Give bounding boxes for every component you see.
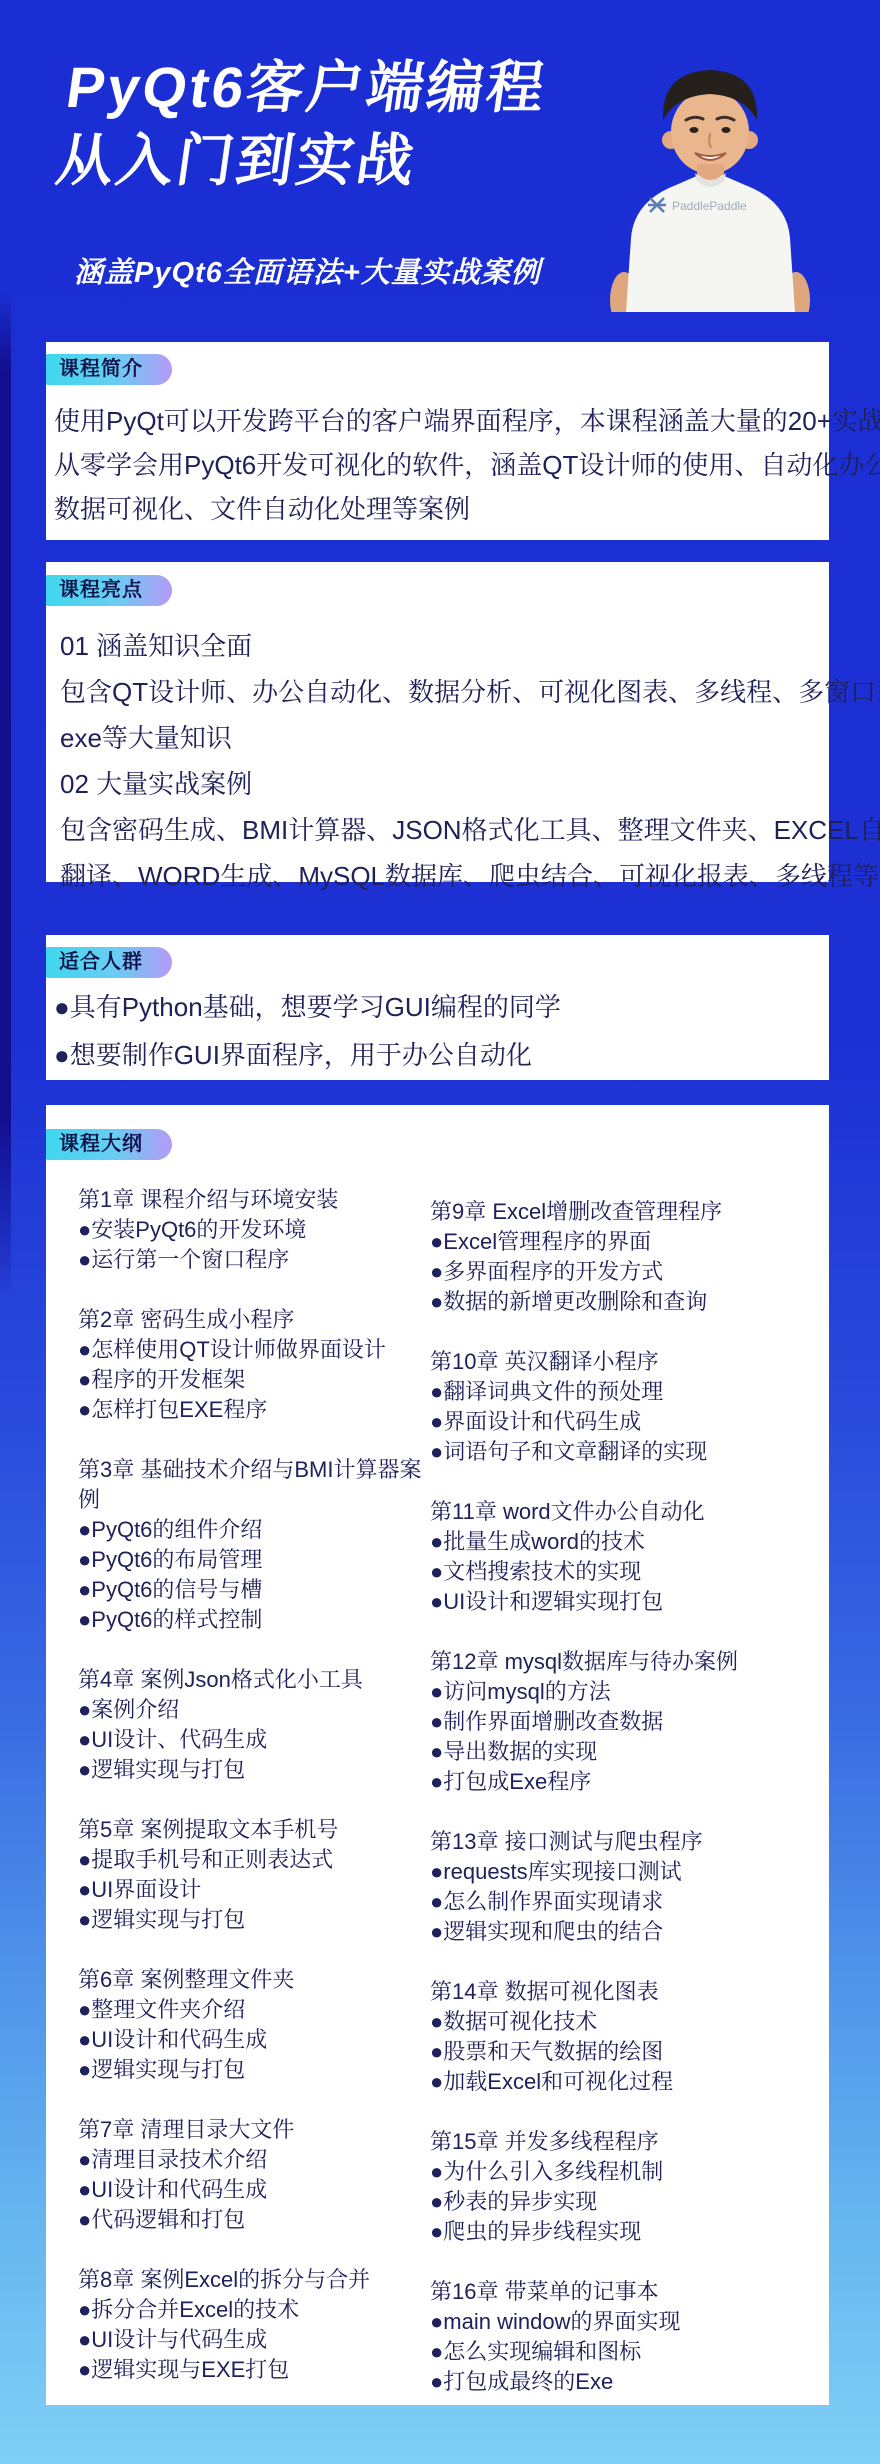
text-line: 从零学会用PyQt6开发可视化的软件，涵盖QT设计师的使用、自动化办公、数据库、 [54,443,823,487]
chapter-bullet: ●词语句子和文章翻译的实现 [430,1437,802,1467]
outline-columns: 第1章 课程介绍与环境安装●安装PyQt6的开发环境●运行第一个窗口程序第2章 … [78,1185,829,2427]
page-title-line2: 从入门到实战 [51,125,541,198]
page-title: PyQt6客户端编程 从入门到实战 [51,52,551,198]
section-card-outline: 课程大纲 第1章 课程介绍与环境安装●安装PyQt6的开发环境●运行第一个窗口程… [46,1105,829,2405]
outline-chapter: 第8章 案例Excel的拆分与合并●拆分合并Excel的技术●UI设计与代码生成… [78,2265,430,2385]
outline-chapter: 第2章 密码生成小程序●怎样使用QT设计师做界面设计●程序的开发框架●怎样打包E… [78,1305,430,1425]
section-card-intro: 课程简介 使用PyQt可以开发跨平台的客户端界面程序，本课程涵盖大量的20+实战… [46,342,829,540]
intro-text: 使用PyQt可以开发跨平台的客户端界面程序，本课程涵盖大量的20+实战案例，带你… [54,399,823,531]
chapter-bullet: ●为什么引入多线程机制 [430,2157,802,2187]
chapter-bullet: ●翻译词典文件的预处理 [430,1377,802,1407]
highlights-badge: 课程亮点 [46,575,172,606]
chapter-bullet: ●代码逻辑和打包 [78,2205,430,2235]
chapter-title: 第5章 案例提取文本手机号 [78,1815,430,1845]
chapter-bullet: ●导出数据的实现 [430,1737,802,1767]
chapter-bullet: ●打包成最终的Exe [430,2367,802,2397]
chapter-title: 第8章 案例Excel的拆分与合并 [78,2265,430,2295]
text-line: 包含密码生成、BMI计算器、JSON格式化工具、整理文件夹、EXCEL自动化、英… [60,807,823,853]
chapter-bullet: ●Excel管理程序的界面 [430,1227,802,1257]
chapter-bullet: ●requests库实现接口测试 [430,1857,802,1887]
chapter-bullet: ●怎样打包EXE程序 [78,1395,430,1425]
chapter-title: 第1章 课程介绍与环境安装 [78,1185,430,1215]
chapter-bullet: ●案例介绍 [78,1695,430,1725]
chapter-title: 第2章 密码生成小程序 [78,1305,430,1335]
chapter-bullet: ●提取手机号和正则表达式 [78,1845,430,1875]
chapter-bullet: ●UI设计和代码生成 [78,2175,430,2205]
chapter-bullet: ●数据可视化技术 [430,2007,802,2037]
chapter-title: 第15章 并发多线程程序 [430,2127,802,2157]
chapter-bullet: ●界面设计和代码生成 [430,1407,802,1437]
chapter-title: 第7章 清理目录大文件 [78,2115,430,2145]
text-line: ●想要制作GUI界面程序，用于办公自动化 [54,1031,823,1079]
chapter-bullet: ●数据的新增更改删除和查询 [430,1287,802,1317]
chapter-bullet: ●UI界面设计 [78,1875,430,1905]
chapter-title: 第4章 案例Json格式化小工具 [78,1665,430,1695]
instructor-photo: PaddlePaddle [598,60,838,312]
highlights-text: 01 涵盖知识全面包含QT设计师、办公自动化、数据分析、可视化图表、多线程、多窗… [60,623,823,899]
chapter-bullet: ●程序的开发框架 [78,1365,430,1395]
chapter-title: 第9章 Excel增删改查管理程序 [430,1197,802,1227]
chapter-bullet: ●逻辑实现和爬虫的结合 [430,1917,802,1947]
outline-left-column: 第1章 课程介绍与环境安装●安装PyQt6的开发环境●运行第一个窗口程序第2章 … [78,1185,430,2427]
chapter-title: 第11章 word文件办公自动化 [430,1497,802,1527]
chapter-bullet: ●逻辑实现与打包 [78,1905,430,1935]
chapter-bullet: ●访问mysql的方法 [430,1677,802,1707]
section-card-highlights: 课程亮点 01 涵盖知识全面包含QT设计师、办公自动化、数据分析、可视化图表、多… [46,562,829,882]
chapter-title: 第14章 数据可视化图表 [430,1977,802,2007]
text-line: exe等大量知识 [60,715,823,761]
chapter-bullet: ●PyQt6的组件介绍 [78,1515,430,1545]
chapter-bullet: ●怎么实现编辑和图标 [430,2337,802,2367]
outline-chapter: 第9章 Excel增删改查管理程序●Excel管理程序的界面●多界面程序的开发方… [430,1197,802,1317]
chapter-bullet: ●批量生成word的技术 [430,1527,802,1557]
text-line: 使用PyQt可以开发跨平台的客户端界面程序，本课程涵盖大量的20+实战案例，带你 [54,399,823,443]
chapter-bullet: ●股票和天气数据的绘图 [430,2037,802,2067]
text-line: ●具有Python基础，想要学习GUI编程的同学 [54,983,823,1031]
chapter-bullet: ●清理目录技术介绍 [78,2145,430,2175]
chapter-bullet: ●爬虫的异步线程实现 [430,2217,802,2247]
chapter-bullet: ●加载Excel和可视化过程 [430,2067,802,2097]
chapter-bullet: ●制作界面增删改查数据 [430,1707,802,1737]
chapter-bullet: ●怎么制作界面实现请求 [430,1887,802,1917]
outline-right-column: 第9章 Excel增删改查管理程序●Excel管理程序的界面●多界面程序的开发方… [430,1197,802,2427]
chapter-bullet: ●打包成Exe程序 [430,1767,802,1797]
outline-badge: 课程大纲 [46,1129,172,1160]
chapter-title: 第3章 基础技术介绍与BMI计算器案例 [78,1455,430,1515]
text-line: 数据可视化、文件自动化处理等案例 [54,487,823,531]
outline-chapter: 第12章 mysql数据库与待办案例●访问mysql的方法●制作界面增删改查数据… [430,1647,802,1797]
chapter-bullet: ●整理文件夹介绍 [78,1995,430,2025]
chapter-bullet: ●UI设计、代码生成 [78,1725,430,1755]
chapter-bullet: ●拆分合并Excel的技术 [78,2295,430,2325]
outline-chapter: 第5章 案例提取文本手机号●提取手机号和正则表达式●UI界面设计●逻辑实现与打包 [78,1815,430,1935]
chapter-bullet: ●PyQt6的样式控制 [78,1605,430,1635]
outline-chapter: 第6章 案例整理文件夹●整理文件夹介绍●UI设计和代码生成●逻辑实现与打包 [78,1965,430,2085]
chapter-title: 第12章 mysql数据库与待办案例 [430,1647,802,1677]
chapter-bullet: ●UI设计和逻辑实现打包 [430,1587,802,1617]
audience-badge: 适合人群 [46,947,172,978]
page-subtitle: 涵盖PyQt6全面语法+大量实战案例 [74,250,541,291]
chapter-bullet: ●文档搜索技术的实现 [430,1557,802,1587]
outline-chapter: 第16章 带菜单的记事本●main window的界面实现●怎么实现编辑和图标●… [430,2277,802,2397]
outline-chapter: 第4章 案例Json格式化小工具●案例介绍●UI设计、代码生成●逻辑实现与打包 [78,1665,430,1785]
course-poster: PyQt6客户端编程 从入门到实战 涵盖PyQt6全面语法+大量实战案例 [0,0,880,2464]
intro-badge: 课程简介 [46,354,172,385]
chapter-bullet: ●安装PyQt6的开发环境 [78,1215,430,1245]
left-edge-shade [0,290,11,1300]
chapter-bullet: ●UI设计和代码生成 [78,2025,430,2055]
chapter-bullet: ●逻辑实现与打包 [78,1755,430,1785]
chapter-title: 第16章 带菜单的记事本 [430,2277,802,2307]
chapter-bullet: ●多界面程序的开发方式 [430,1257,802,1287]
outline-chapter: 第11章 word文件办公自动化●批量生成word的技术●文档搜索技术的实现●U… [430,1497,802,1617]
outline-chapter: 第1章 课程介绍与环境安装●安装PyQt6的开发环境●运行第一个窗口程序 [78,1185,430,1275]
text-line: 02 大量实战案例 [60,761,823,807]
chapter-title: 第13章 接口测试与爬虫程序 [430,1827,802,1857]
outline-chapter: 第3章 基础技术介绍与BMI计算器案例●PyQt6的组件介绍●PyQt6的布局管… [78,1455,430,1635]
chapter-bullet: ●PyQt6的信号与槽 [78,1575,430,1605]
outline-chapter: 第10章 英汉翻译小程序●翻译词典文件的预处理●界面设计和代码生成●词语句子和文… [430,1347,802,1467]
chapter-bullet: ●秒表的异步实现 [430,2187,802,2217]
outline-chapter: 第13章 接口测试与爬虫程序●requests库实现接口测试●怎么制作界面实现请… [430,1827,802,1947]
chapter-bullet: ●UI设计与代码生成 [78,2325,430,2355]
chapter-title: 第6章 案例整理文件夹 [78,1965,430,1995]
shirt-logo-text: PaddlePaddle [672,199,747,213]
text-line: 翻译、WORD生成、MySQL数据库、爬虫结合、可视化报表、多线程等实战案例 [60,853,823,899]
outline-chapter: 第15章 并发多线程程序●为什么引入多线程机制●秒表的异步实现●爬虫的异步线程实… [430,2127,802,2247]
person-illustration: PaddlePaddle [610,70,810,312]
chapter-bullet: ●main window的界面实现 [430,2307,802,2337]
chapter-title: 第10章 英汉翻译小程序 [430,1347,802,1377]
chapter-bullet: ●运行第一个窗口程序 [78,1245,430,1275]
outline-chapter: 第7章 清理目录大文件●清理目录技术介绍●UI设计和代码生成●代码逻辑和打包 [78,2115,430,2235]
section-card-audience: 适合人群 ●具有Python基础，想要学习GUI编程的同学●想要制作GUI界面程… [46,935,829,1080]
outline-chapter: 第14章 数据可视化图表●数据可视化技术●股票和天气数据的绘图●加载Excel和… [430,1977,802,2097]
page-title-line1: PyQt6客户端编程 [62,52,552,125]
audience-text: ●具有Python基础，想要学习GUI编程的同学●想要制作GUI界面程序，用于办… [54,983,823,1079]
chapter-bullet: ●PyQt6的布局管理 [78,1545,430,1575]
text-line: 01 涵盖知识全面 [60,623,823,669]
chapter-bullet: ●逻辑实现与打包 [78,2055,430,2085]
chapter-bullet: ●怎样使用QT设计师做界面设计 [78,1335,430,1365]
chapter-bullet: ●逻辑实现与EXE打包 [78,2355,430,2385]
text-line: 包含QT设计师、办公自动化、数据分析、可视化图表、多线程、多窗口系统、打包 [60,669,823,715]
